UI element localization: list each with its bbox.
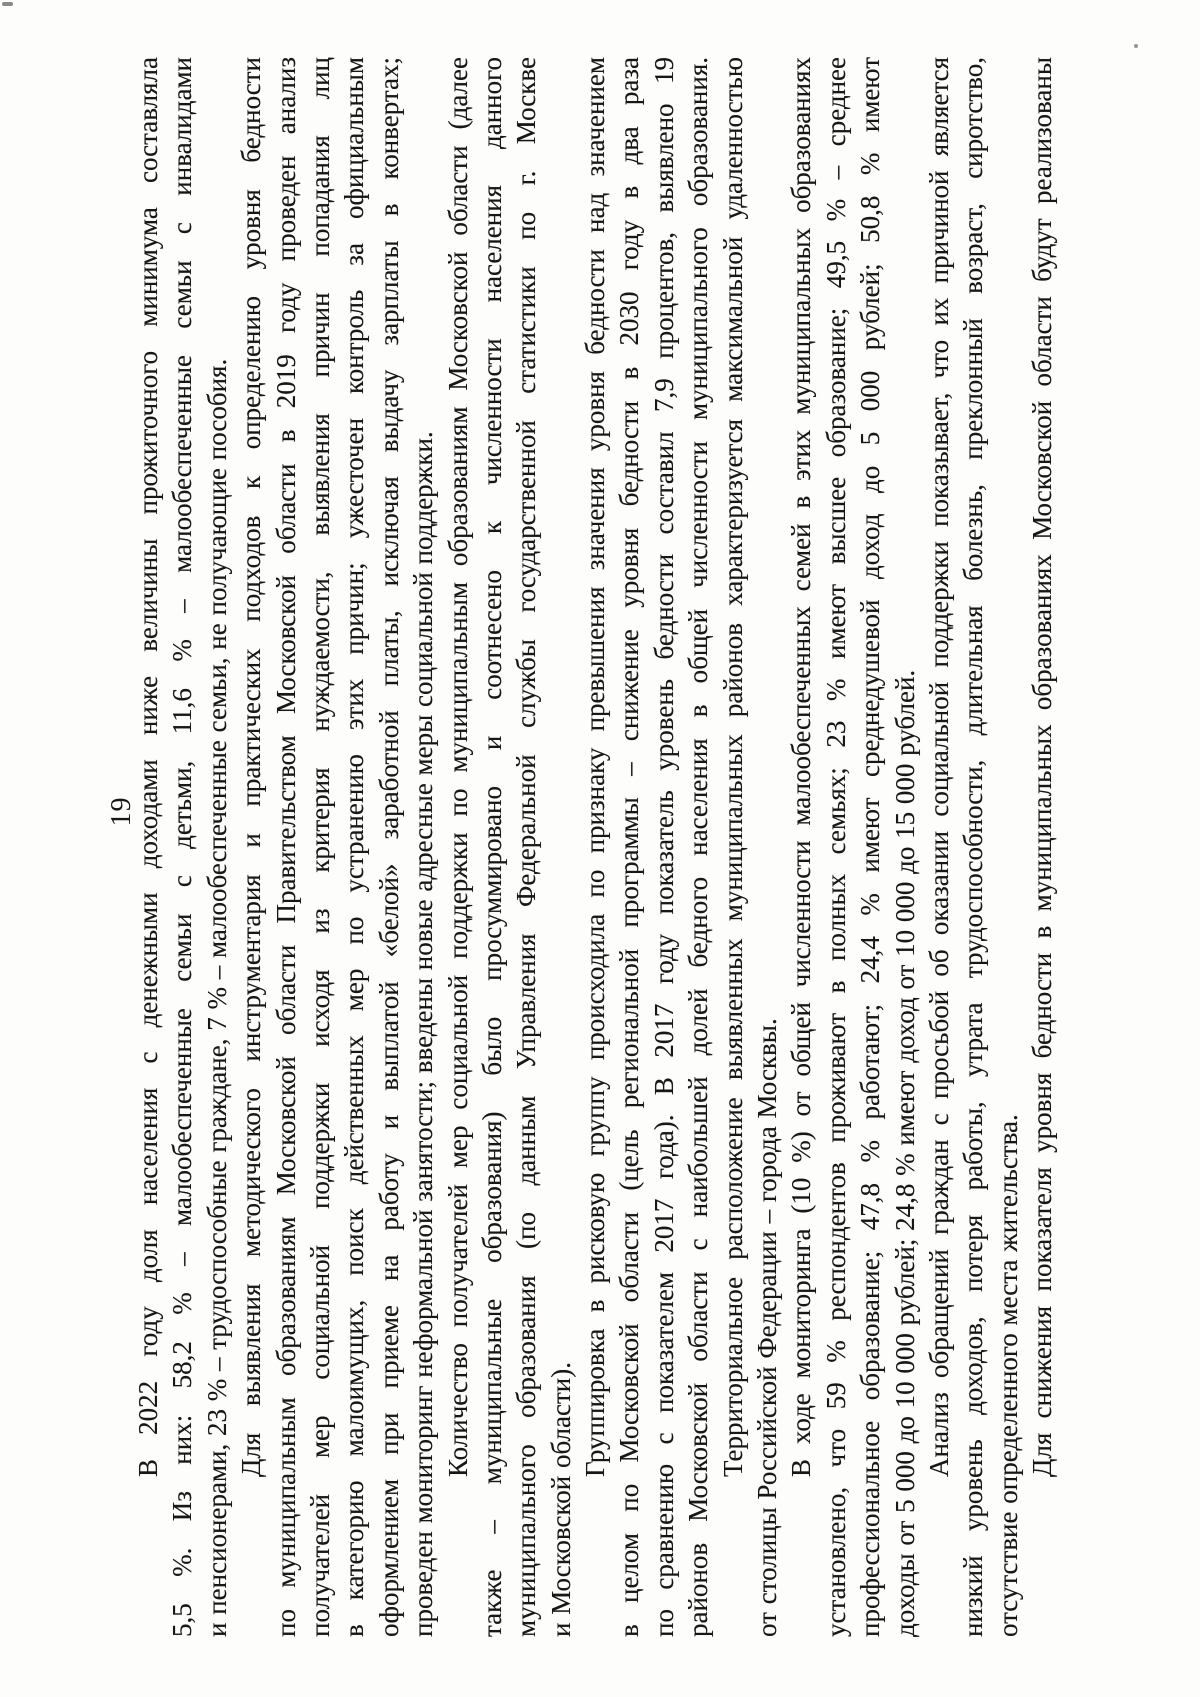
text-line: и пенсионерами, 23 % – трудоспособные гр… [200,57,234,1637]
text-line: отсутствие определенного места жительств… [991,57,1025,1637]
text-line: по муниципальным образованиям Московской… [269,57,303,1637]
text-line: от столицы Российской Федерации – города… [750,57,784,1637]
text-line: в категорию малоимущих, поиск действенны… [337,57,371,1637]
text-line: Анализ обращений граждан с просьбой об о… [922,57,956,1637]
text-line: муниципального образования (по данным Уп… [509,57,543,1637]
text-line: 5,5 %. Из них: 58,2 % – малообеспеченные… [165,57,199,1637]
text-line: Для выявления методического инструментар… [234,57,268,1637]
text-line: Количество получателей мер социальной по… [441,57,475,1637]
text-line: в целом по Московской области (цель реги… [612,57,646,1637]
text-line: проведен мониторинг неформальной занятос… [406,57,440,1637]
text-line: Группировка в рисковую группу происходил… [578,57,612,1637]
text-line: профессиональное образование; 47,8 % раб… [853,57,887,1637]
text-line: доходы от 5 000 до 10 000 рублей; 24,8 %… [888,57,922,1637]
text-line: районов Московской области с наибольшей … [681,57,715,1637]
text-line: и Московской области). [544,57,578,1637]
text-line: по сравнению с показателем 2017 года). В… [647,57,681,1637]
text-line: получателей мер социальной поддержки исх… [303,57,337,1637]
text-line: низкий уровень доходов, потеря работы, у… [956,57,990,1637]
text-line: В 2022 году доля населения с денежными д… [131,57,165,1637]
text-line: оформлением при приеме на работу и выпла… [372,57,406,1637]
text-line: В ходе мониторинга (10 %) от общей числе… [784,57,818,1637]
text-line: также – муниципальные образования) было … [475,57,509,1637]
text-line: Территориальное расположение выявленных … [716,57,750,1637]
document-text-block: В 2022 году доля населения с денежными д… [131,57,1060,1637]
text-line: установлено, что 59 % респондентов прожи… [819,57,853,1637]
text-line: Для снижения показателя уровня бедности … [1025,57,1059,1637]
scanned-document-sheet: 19 В 2022 году доля населения с денежным… [0,0,1200,1697]
